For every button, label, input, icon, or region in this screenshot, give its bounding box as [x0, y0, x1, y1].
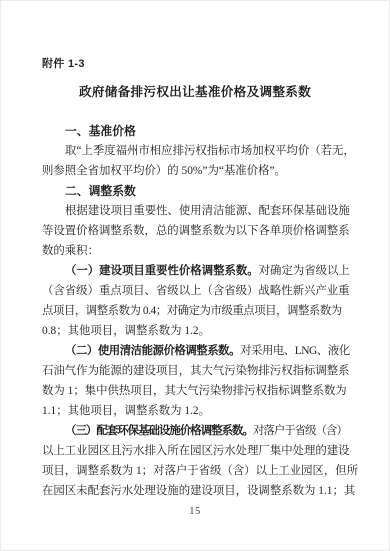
bold-lead-text: （一）建设项目重要性价格调整系数。 — [65, 265, 259, 277]
body-line: 点项目，调整系数为 0.4；对确定为市级重点项目，调整系数为 — [42, 301, 354, 321]
line-text: 点项目，调整系数为 0.4；对确定为市级重点项目，调整系数为 — [42, 305, 342, 317]
body-line: 项目，调整系数为 1；对落户于省级（含）以上工业园区，但所 — [42, 461, 354, 481]
section-heading: 二、调整系数 — [42, 181, 354, 201]
line-text: 数为 1；集中供热项目，其大气污染物排污权指标调整系数为 — [42, 385, 347, 397]
body-line: （二）使用清洁能源价格调整系数。对采用电、LNG、液化 — [42, 341, 354, 361]
bold-lead-text: （三）配套环保基础设施价格调整系数。 — [65, 425, 253, 437]
body-line: 0.8；其他项目，调整系数为 1.2。 — [42, 321, 354, 341]
line-text: 在园区未配套污水处理设施的建设项目，设调整系数为 1.1；其 — [42, 485, 355, 497]
body-line: 数的乘积： — [42, 241, 354, 261]
line-text: （含省级）重点项目、省级以上（含省级）战略性新兴产业重 — [42, 285, 350, 297]
line-text: 则参照全省加权平均价）的 50%”为“基准价格”。 — [42, 165, 286, 177]
body-line: 则参照全省加权平均价）的 50%”为“基准价格”。 — [42, 161, 354, 181]
section-heading: 一、基准价格 — [42, 121, 354, 141]
line-text: 等设置价格调整系数，总的调整系数为以下各单项价格调整系 — [42, 225, 350, 237]
body-line: （含省级）重点项目、省级以上（含省级）战略性新兴产业重 — [42, 281, 354, 301]
body-line: 1.1；其他项目，调整系数为 1.2。 — [42, 401, 354, 421]
document-title: 政府储备排污权出让基准价格及调整系数 — [1, 81, 389, 100]
body-line: 以上工业园区且污水排入所在园区污水处理厂集中处理的建设 — [42, 441, 354, 461]
line-text: 对采用电、LNG、液化 — [240, 345, 350, 357]
line-text: 1.1；其他项目，调整系数为 1.2。 — [42, 405, 210, 417]
body-line: （三）配套环保基础设施价格调整系数。对落户于省级（含） — [42, 421, 354, 441]
body-line: 石油气作为能源的建设项目，其大气污染物排污权指标调整系 — [42, 361, 354, 381]
line-text: 根据建设项目重要性、使用清洁能源、配套环保基础设施 — [65, 205, 350, 217]
line-text: 对确定为省级以上 — [259, 265, 350, 277]
body-line: 数为 1；集中供热项目，其大气污染物排污权指标调整系数为 — [42, 381, 354, 401]
body-line: 取“上季度福州市相应排污权指标市场加权平均价（若无， — [42, 141, 354, 161]
line-text: 石油气作为能源的建设项目，其大气污染物排污权指标调整系 — [42, 365, 350, 377]
line-text: 数的乘积： — [42, 245, 99, 257]
line-text: 取“上季度福州市相应排污权指标市场加权平均价（若无， — [65, 145, 355, 157]
body-line: 在园区未配套污水处理设施的建设项目，设调整系数为 1.1；其 — [42, 481, 354, 501]
body-line: （一）建设项目重要性价格调整系数。对确定为省级以上 — [42, 261, 354, 281]
page-number: 15 — [1, 506, 389, 517]
line-text: 对落户于省级（含） — [253, 425, 347, 437]
bold-lead-text: 一、基准价格 — [65, 124, 136, 138]
document-body-text: 一、基准价格取“上季度福州市相应排污权指标市场加权平均价（若无，则参照全省加权平… — [42, 121, 354, 501]
bold-lead-text: 二、调整系数 — [65, 184, 136, 198]
line-text: 以上工业园区且污水排入所在园区污水处理厂集中处理的建设 — [42, 445, 350, 457]
attachment-label: 附件 1-3 — [42, 55, 85, 71]
line-text: 项目，调整系数为 1；对落户于省级（含）以上工业园区，但所 — [42, 465, 358, 477]
document-page: 附件 1-3 政府储备排污权出让基准价格及调整系数 一、基准价格取“上季度福州市… — [0, 0, 390, 551]
line-text: 0.8；其他项目，调整系数为 1.2。 — [42, 325, 210, 337]
bold-lead-text: （二）使用清洁能源价格调整系数。 — [65, 345, 240, 357]
body-line: 等设置价格调整系数，总的调整系数为以下各单项价格调整系 — [42, 221, 354, 241]
body-line: 根据建设项目重要性、使用清洁能源、配套环保基础设施 — [42, 201, 354, 221]
